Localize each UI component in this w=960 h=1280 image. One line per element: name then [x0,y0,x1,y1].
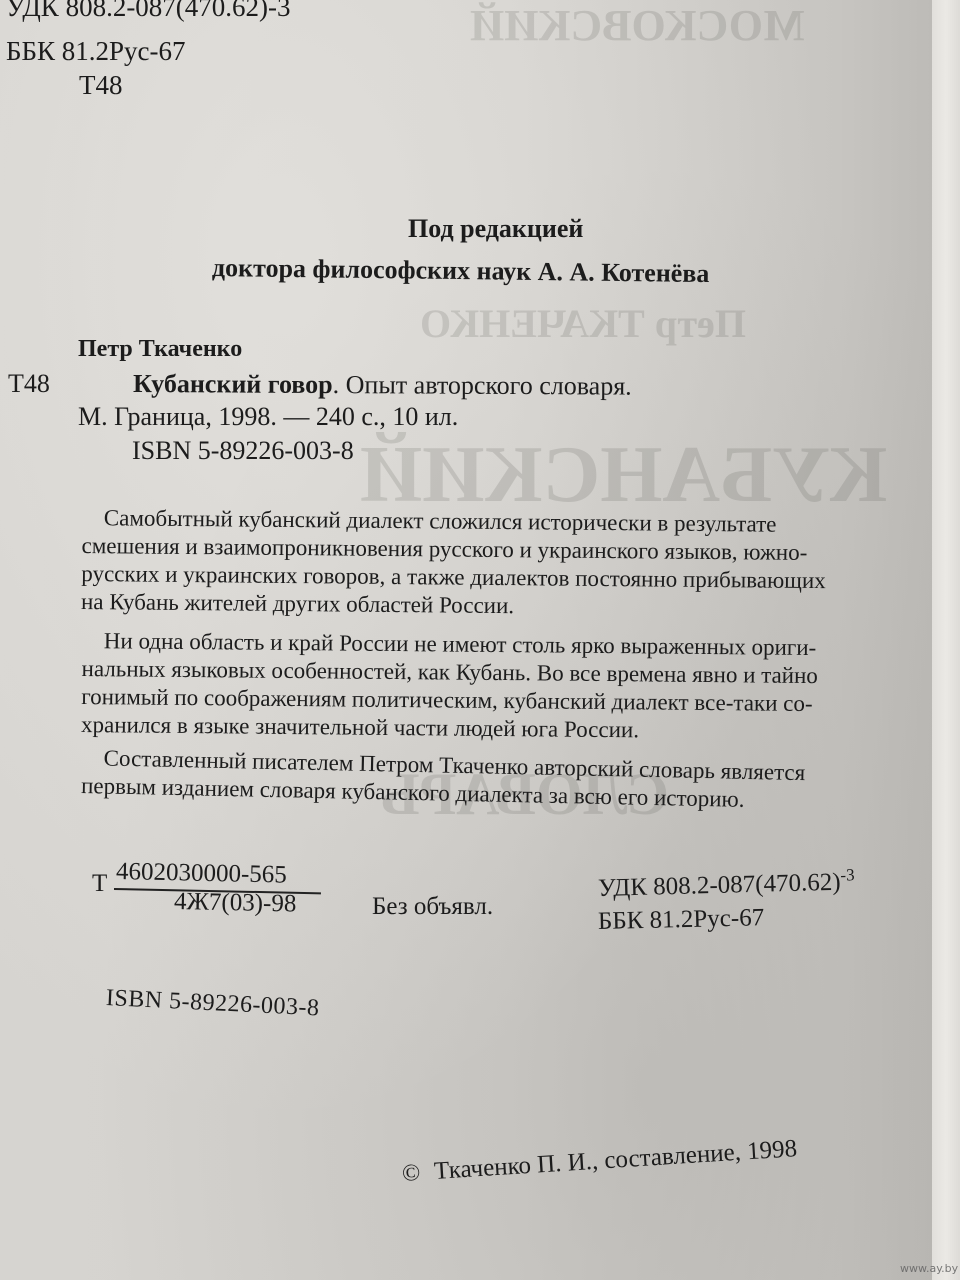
site-watermark: www.ay.by [900,1262,958,1275]
book-title: Кубанский говор. Опыт авторского словаря… [133,369,632,402]
copyright-icon: © [401,1160,421,1187]
author-mark-top: Т48 [79,70,123,101]
annotation-paragraph-3: Составленный писателем Петром Ткаченко а… [81,744,882,817]
imprint-line: М. Граница, 1998. — 240 с., 10 ил. [78,402,458,432]
copyright-text: Ткаченко П. И., составление, 1998 [433,1135,798,1185]
book-subtitle: . Опыт авторского словаря. [333,370,632,401]
page-edge [932,0,960,1280]
copyright-line: ©Ткаченко П. И., составление, 1998 [401,1135,798,1188]
bbk-code-top: ББК 81.2Рус-67 [6,36,186,67]
bbk-code-bottom: ББК 81.2Рус-67 [598,904,765,936]
annotation-paragraph-1: Самобытный кубанский диалект сложился ис… [81,504,882,624]
bleed-through-text: МОСКОВСКИЙ [470,0,805,51]
price-note: Без объявл. [372,893,493,921]
udk-code-top: УДК 808.2-087(470.62)-3 [6,0,291,23]
isbn-record: ISBN 5-89226-003-8 [132,436,354,466]
udk-main: УДК 808.2-087(470.62) [598,869,841,902]
annotation-paragraph-2: Ни одна область и край России не имеют с… [81,627,882,747]
book-title-bold: Кубанский говор [133,369,333,399]
author-name: Петр Ткаченко [78,336,242,363]
editor-name: доктора философских наук А. А. Котенёва [212,253,710,289]
isbn-bottom: ISBN 5-89226-003-8 [105,985,320,1022]
udk-code-bottom: УДК 808.2-087(470.62)-3 [598,865,856,903]
author-mark-side: Т48 [8,369,50,399]
bleed-through-text: Петр ТКАЧЕНКО [420,300,746,347]
publishing-index-denominator: 4Ж7(03)-98 [174,888,297,919]
udk-suffix: -3 [840,865,855,884]
publishing-index-numerator: 4602030000-565 [116,858,287,890]
book-page: МОСКОВСКИЙ Петр ТКАЧЕНКО КУБАНСКИЙ СЛОВА… [0,0,932,1280]
publishing-index-letter: Т [92,870,107,898]
editor-heading: Под редакцией [408,214,583,244]
